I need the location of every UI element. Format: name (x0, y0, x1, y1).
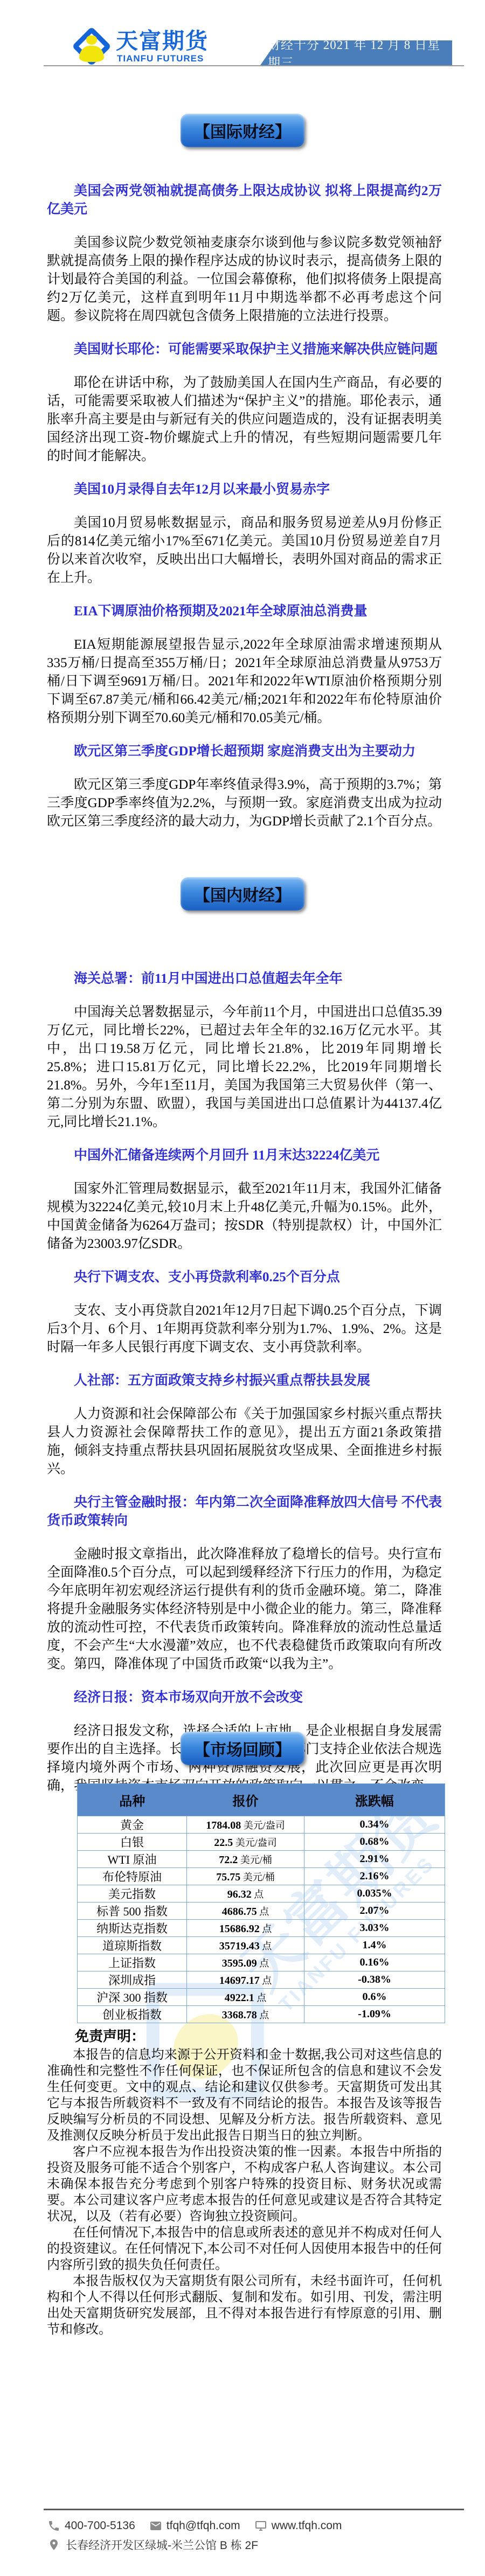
market-quote: 35719.43 点 (187, 1937, 304, 1954)
market-row: 白银22.5 美元/盎司0.68% (78, 1834, 445, 1851)
market-product: 布伦特原油 (78, 1868, 187, 1885)
market-change: 3.03% (304, 1920, 445, 1937)
story-paragraph: 欧元区第三季度GDP年率终值录得3.9%，高于预期的3.7%；第三季度GDP季率… (47, 776, 442, 831)
disclaimer-title: 免责声明： (47, 2029, 442, 2045)
market-row: 标普 500 指数4686.75 点2.07% (78, 1903, 445, 1920)
footer-phone: 400-700-5136 (65, 2519, 135, 2532)
market-quote: 15686.92 点 (187, 1920, 304, 1937)
logo-name-cn: 天富期货 (116, 30, 209, 52)
market-table-header-row: 品种 报价 涨跌幅 (78, 1784, 445, 1816)
disclaimer-paragraph: 本报告版权仅为天富期货有限公司所有，未经书面许可，任何机构和个人不得以任何形式翻… (47, 2273, 442, 2338)
story: 美国会两党领袖就提高债务上限达成协议 拟将上限提高约2万亿美元美国参议院少数党领… (47, 182, 442, 325)
market-product: 纳斯达克指数 (78, 1920, 187, 1937)
section-button-international: 【国际财经】 (181, 114, 304, 147)
story-paragraph: 美国参议院少数党领袖麦康奈尔谈到他与参议院多数党领袖舒默就提高债务上限的操作程序… (47, 234, 442, 325)
story: 美国财长耶伦：可能需要采取保护主义措施来解决供应链问题耶伦在讲话中称，为了鼓励美… (47, 341, 442, 466)
story-heading: EIA下调原油价格预期及2021年全球原油总消费量 (47, 602, 442, 621)
section-button-market-review: 【市场回顾】 (181, 1732, 304, 1765)
footer-email: tfqh@tfqh.com (167, 2519, 240, 2532)
market-review-table: 品种 报价 涨跌幅 黄金1784.08 美元/盎司0.34%白银22.5 美元/… (77, 1783, 445, 2023)
market-product: 创业板指数 (78, 2006, 187, 2023)
story-paragraph: EIA短期能源展望报告显示,2022年全球原油需求增速预期从335万桶/日提高至… (47, 636, 442, 727)
market-change: 1.4% (304, 1937, 445, 1954)
market-product: 沪深 300 指数 (78, 1989, 187, 2006)
logo-figure-body-icon (79, 46, 104, 62)
header-divider (44, 65, 464, 66)
section-button-domestic: 【国内财经】 (181, 877, 304, 911)
location-pin-icon (47, 2538, 60, 2551)
market-row: 布伦特原油75.75 美元/桶2.16% (78, 1868, 445, 1885)
story-heading: 中国外汇储备连续两个月回升 11月末达32224亿美元 (47, 1147, 442, 1165)
market-change: 0.68% (304, 1834, 445, 1851)
market-quote: 22.5 美元/盎司 (187, 1834, 304, 1851)
story-paragraph: 中国海关总署数据显示，今年前11个月，中国进出口总值35.39万亿元，同比增长2… (47, 1003, 442, 1131)
market-row: 纳斯达克指数15686.92 点3.03% (78, 1920, 445, 1937)
column-header-change: 涨跌幅 (304, 1784, 445, 1816)
footer-address-row: 长春经济开发区绿城-米兰公馆 B 栋 2F (47, 2537, 258, 2553)
story-heading: 欧元区第三季度GDP增长超预期 家庭消费支出为主要动力 (47, 742, 442, 761)
column-header-product: 品种 (78, 1784, 187, 1816)
monitor-icon (254, 2519, 267, 2532)
story: 海关总署：前11月中国进出口总值超去年全年中国海关总署数据显示，今年前11个月，… (47, 970, 442, 1131)
market-quote: 4922.1 点 (187, 1989, 304, 2006)
market-product: WTI 原油 (78, 1851, 187, 1868)
disclaimer-paragraph: 本报告的信息均来源于公开资料和金十数据,我公司对这些信息的准确性和完整性不作任何… (47, 2047, 442, 2144)
market-product: 黄金 (78, 1816, 187, 1834)
column-header-quote: 报价 (187, 1784, 304, 1816)
market-change: 2.16% (304, 1868, 445, 1885)
market-change: -0.38% (304, 1971, 445, 1989)
disclaimer-section: 免责声明： 本报告的信息均来源于公开资料和金十数据,我公司对这些信息的准确性和完… (47, 2029, 442, 2338)
newsletter-page: 天富期货 TIANFU FUTURES 财经十分 2021 年 12 月 8 日… (0, 0, 485, 2576)
issue-date-banner: 财经十分 2021 年 12 月 8 日星期三 (260, 40, 452, 65)
story-paragraph: 耶伦在讲话中称，为了鼓励美国人在国内生产商品，有必要的话，可能需要采取被人们描述… (47, 374, 442, 466)
domestic-section: 海关总署：前11月中国进出口总值超去年全年中国海关总署数据显示，今年前11个月，… (47, 970, 442, 1810)
market-change: -1.09% (304, 2006, 445, 2023)
story: 欧元区第三季度GDP增长超预期 家庭消费支出为主要动力欧元区第三季度GDP年率终… (47, 742, 442, 831)
market-product: 道琼斯指数 (78, 1937, 187, 1954)
market-change: 0.035% (304, 1885, 445, 1903)
story-paragraph: 美国10月贸易帐数据显示，商品和服务贸易逆差从9月份修正后的814亿美元缩小17… (47, 514, 442, 587)
story: 美国10月录得自去年12月以来最小贸易赤字美国10月贸易帐数据显示，商品和服务贸… (47, 481, 442, 587)
story-heading: 人社部：五方面政策支持乡村振兴重点帮扶县发展 (47, 1372, 442, 1390)
email-icon (149, 2519, 162, 2532)
story-heading: 经济日报：资本市场双向开放不会改变 (47, 1689, 442, 1707)
market-product: 美元指数 (78, 1885, 187, 1903)
market-row: 黄金1784.08 美元/盎司0.34% (78, 1816, 445, 1834)
market-row: 创业板指数3368.78 点-1.09% (78, 2006, 445, 2023)
market-product: 深圳成指 (78, 1971, 187, 1989)
market-product: 标普 500 指数 (78, 1903, 187, 1920)
market-quote: 72.2 美元/桶 (187, 1851, 304, 1868)
market-change: 2.91% (304, 1851, 445, 1868)
story-paragraph: 人力资源和社会保障部公布《关于加强国家乡村振兴重点帮扶县人力资源社会保障帮扶工作… (47, 1405, 442, 1478)
story-heading: 美国会两党领袖就提高债务上限达成协议 拟将上限提高约2万亿美元 (47, 182, 442, 219)
market-quote: 3368.78 点 (187, 2006, 304, 2023)
market-row: 道琼斯指数35719.43 点1.4% (78, 1937, 445, 1954)
story-heading: 美国10月录得自去年12月以来最小贸易赤字 (47, 481, 442, 499)
market-row: 上证指数3595.09 点0.16% (78, 1954, 445, 1971)
market-change: 2.07% (304, 1903, 445, 1920)
phone-icon (47, 2519, 60, 2532)
market-quote: 96.32 点 (187, 1885, 304, 1903)
story-paragraph: 支农、支小再贷款自2021年12月7日起下调0.25个百分点，下调后3个月、6个… (47, 1302, 442, 1357)
story-paragraph: 国家外汇管理局数据显示，截至2021年11月末，我国外汇储备规模为32224亿美… (47, 1180, 442, 1253)
market-quote: 14697.17 点 (187, 1971, 304, 1989)
market-quote: 75.75 美元/桶 (187, 1868, 304, 1885)
logo-figure-head-icon (86, 36, 97, 45)
story: 央行主管金融时报：年内第二次全面降准释放四大信号 不代表货币政策转向金融时报文章… (47, 1494, 442, 1674)
international-section: 美国会两党领袖就提高债务上限达成协议 拟将上限提高约2万亿美元美国参议院少数党领… (47, 182, 442, 846)
footer-address: 长春经济开发区绿城-米兰公馆 B 栋 2F (66, 2537, 258, 2553)
story: 央行下调支农、支小再贷款利率0.25个百分点支农、支小再贷款自2021年12月7… (47, 1268, 442, 1357)
story-heading: 海关总署：前11月中国进出口总值超去年全年 (47, 970, 442, 988)
footer-divider (44, 2509, 464, 2510)
footer-website: www.tfqh.com (272, 2519, 342, 2532)
market-product: 白银 (78, 1834, 187, 1851)
logo-name-en: TIANFU FUTURES (117, 54, 204, 63)
disclaimer-paragraph: 客户不应视本报告为作出投资决策的惟一因素。本报告中所指的投资及服务可能不适合个别… (47, 2144, 442, 2225)
disclaimer-paragraph: 在任何情况下,本报告中的信息或所表述的意见并不构成对任何人的投资建议。在任何情况… (47, 2225, 442, 2273)
market-quote: 4686.75 点 (187, 1903, 304, 1920)
market-change: 0.34% (304, 1816, 445, 1834)
market-product: 上证指数 (78, 1954, 187, 1971)
story-heading: 美国财长耶伦：可能需要采取保护主义措施来解决供应链问题 (47, 341, 442, 359)
market-row: 深圳成指14697.17 点-0.38% (78, 1971, 445, 1989)
story-heading: 央行下调支农、支小再贷款利率0.25个百分点 (47, 1268, 442, 1287)
market-row: 沪深 300 指数4922.1 点0.6% (78, 1989, 445, 2006)
story-paragraph: 金融时报文章指出，此次降准释放了稳增长的信号。央行宣布全面降准0.5个百分点，可… (47, 1545, 442, 1674)
market-quote: 1784.08 美元/盎司 (187, 1816, 304, 1834)
market-change: 0.16% (304, 1954, 445, 1971)
market-row: 美元指数96.32 点0.035% (78, 1885, 445, 1903)
story: 中国外汇储备连续两个月回升 11月末达32224亿美元国家外汇管理局数据显示，截… (47, 1147, 442, 1253)
footer-contact-row: 400-700-5136 tfqh@tfqh.com www.tfqh.com (47, 2519, 349, 2532)
story-heading: 央行主管金融时报：年内第二次全面降准释放四大信号 不代表货币政策转向 (47, 1494, 442, 1530)
market-change: 0.6% (304, 1989, 445, 2006)
market-row: WTI 原油72.2 美元/桶2.91% (78, 1851, 445, 1868)
story: EIA下调原油价格预期及2021年全球原油总消费量EIA短期能源展望报告显示,2… (47, 602, 442, 727)
story: 人社部：五方面政策支持乡村振兴重点帮扶县发展人力资源和社会保障部公布《关于加强国… (47, 1372, 442, 1478)
market-quote: 3595.09 点 (187, 1954, 304, 1971)
